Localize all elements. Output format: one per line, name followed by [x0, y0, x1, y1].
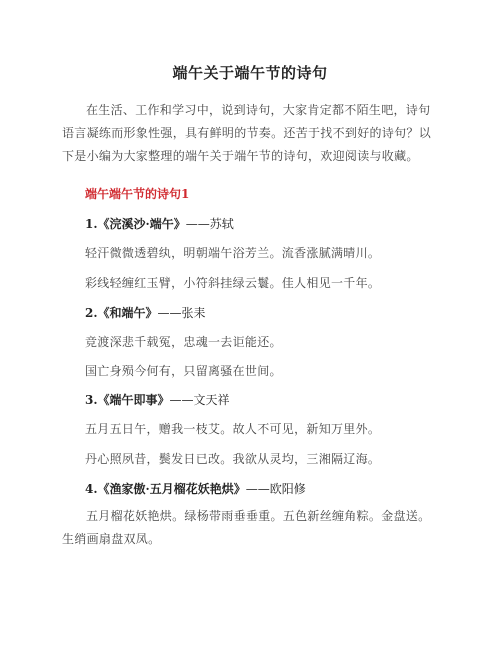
- poem-line: 五月五日午，赠我一枝艾。故人不可见，新知万里外。: [85, 420, 380, 437]
- poem-heading: 1.《浣溪沙·端午》——苏轼: [85, 215, 234, 232]
- poem-heading: 3.《端午即事》——文天祥: [85, 391, 230, 408]
- poem-author: ——苏轼: [186, 217, 234, 231]
- poem-line: 丹心照夙昔，鬓发日已改。我欲从灵均，三湘隔辽海。: [85, 450, 380, 467]
- poem-line: 彩线轻缠红玉臂，小符斜挂绿云鬟。佳人相见一千年。: [85, 274, 380, 291]
- poem-author: ——文天祥: [170, 393, 230, 407]
- poem-title: 2.《和端午》: [85, 306, 158, 320]
- section-heading: 端午端午节的诗句1: [85, 185, 189, 202]
- poem-heading: 2.《和端午》——张耒: [85, 304, 206, 321]
- poem-title: 3.《端午即事》: [85, 393, 170, 407]
- poem-title: 4.《渔家傲·五月榴花妖艳烘》: [85, 482, 246, 496]
- poem-line: 轻汗微微透碧纨，明朝端午浴芳兰。流香涨腻满晴川。: [85, 244, 380, 261]
- poem-author: ——欧阳修: [246, 482, 306, 496]
- intro-paragraph: 在生活、工作和学习中，说到诗句，大家肯定都不陌生吧，诗句语言凝练而形象性强，具有…: [62, 99, 442, 168]
- poem-heading: 4.《渔家傲·五月榴花妖艳烘》——欧阳修: [85, 480, 306, 497]
- document-title: 端午关于端午节的诗句: [0, 62, 500, 83]
- poem-title: 1.《浣溪沙·端午》: [85, 217, 186, 231]
- poem-line: 竞渡深悲千载冤，忠魂一去讵能还。: [85, 333, 282, 350]
- poem-author: ——张耒: [158, 306, 206, 320]
- document-page: 端午关于端午节的诗句 在生活、工作和学习中，说到诗句，大家肯定都不陌生吧，诗句语…: [0, 0, 500, 647]
- poem-body: 五月榴花妖艳烘。绿杨带雨垂垂重。五色新丝缠角粽。金盘送。生绡画扇盘双凤。: [62, 505, 442, 551]
- poem-line: 国亡身殒今何有，只留离骚在世间。: [85, 362, 282, 379]
